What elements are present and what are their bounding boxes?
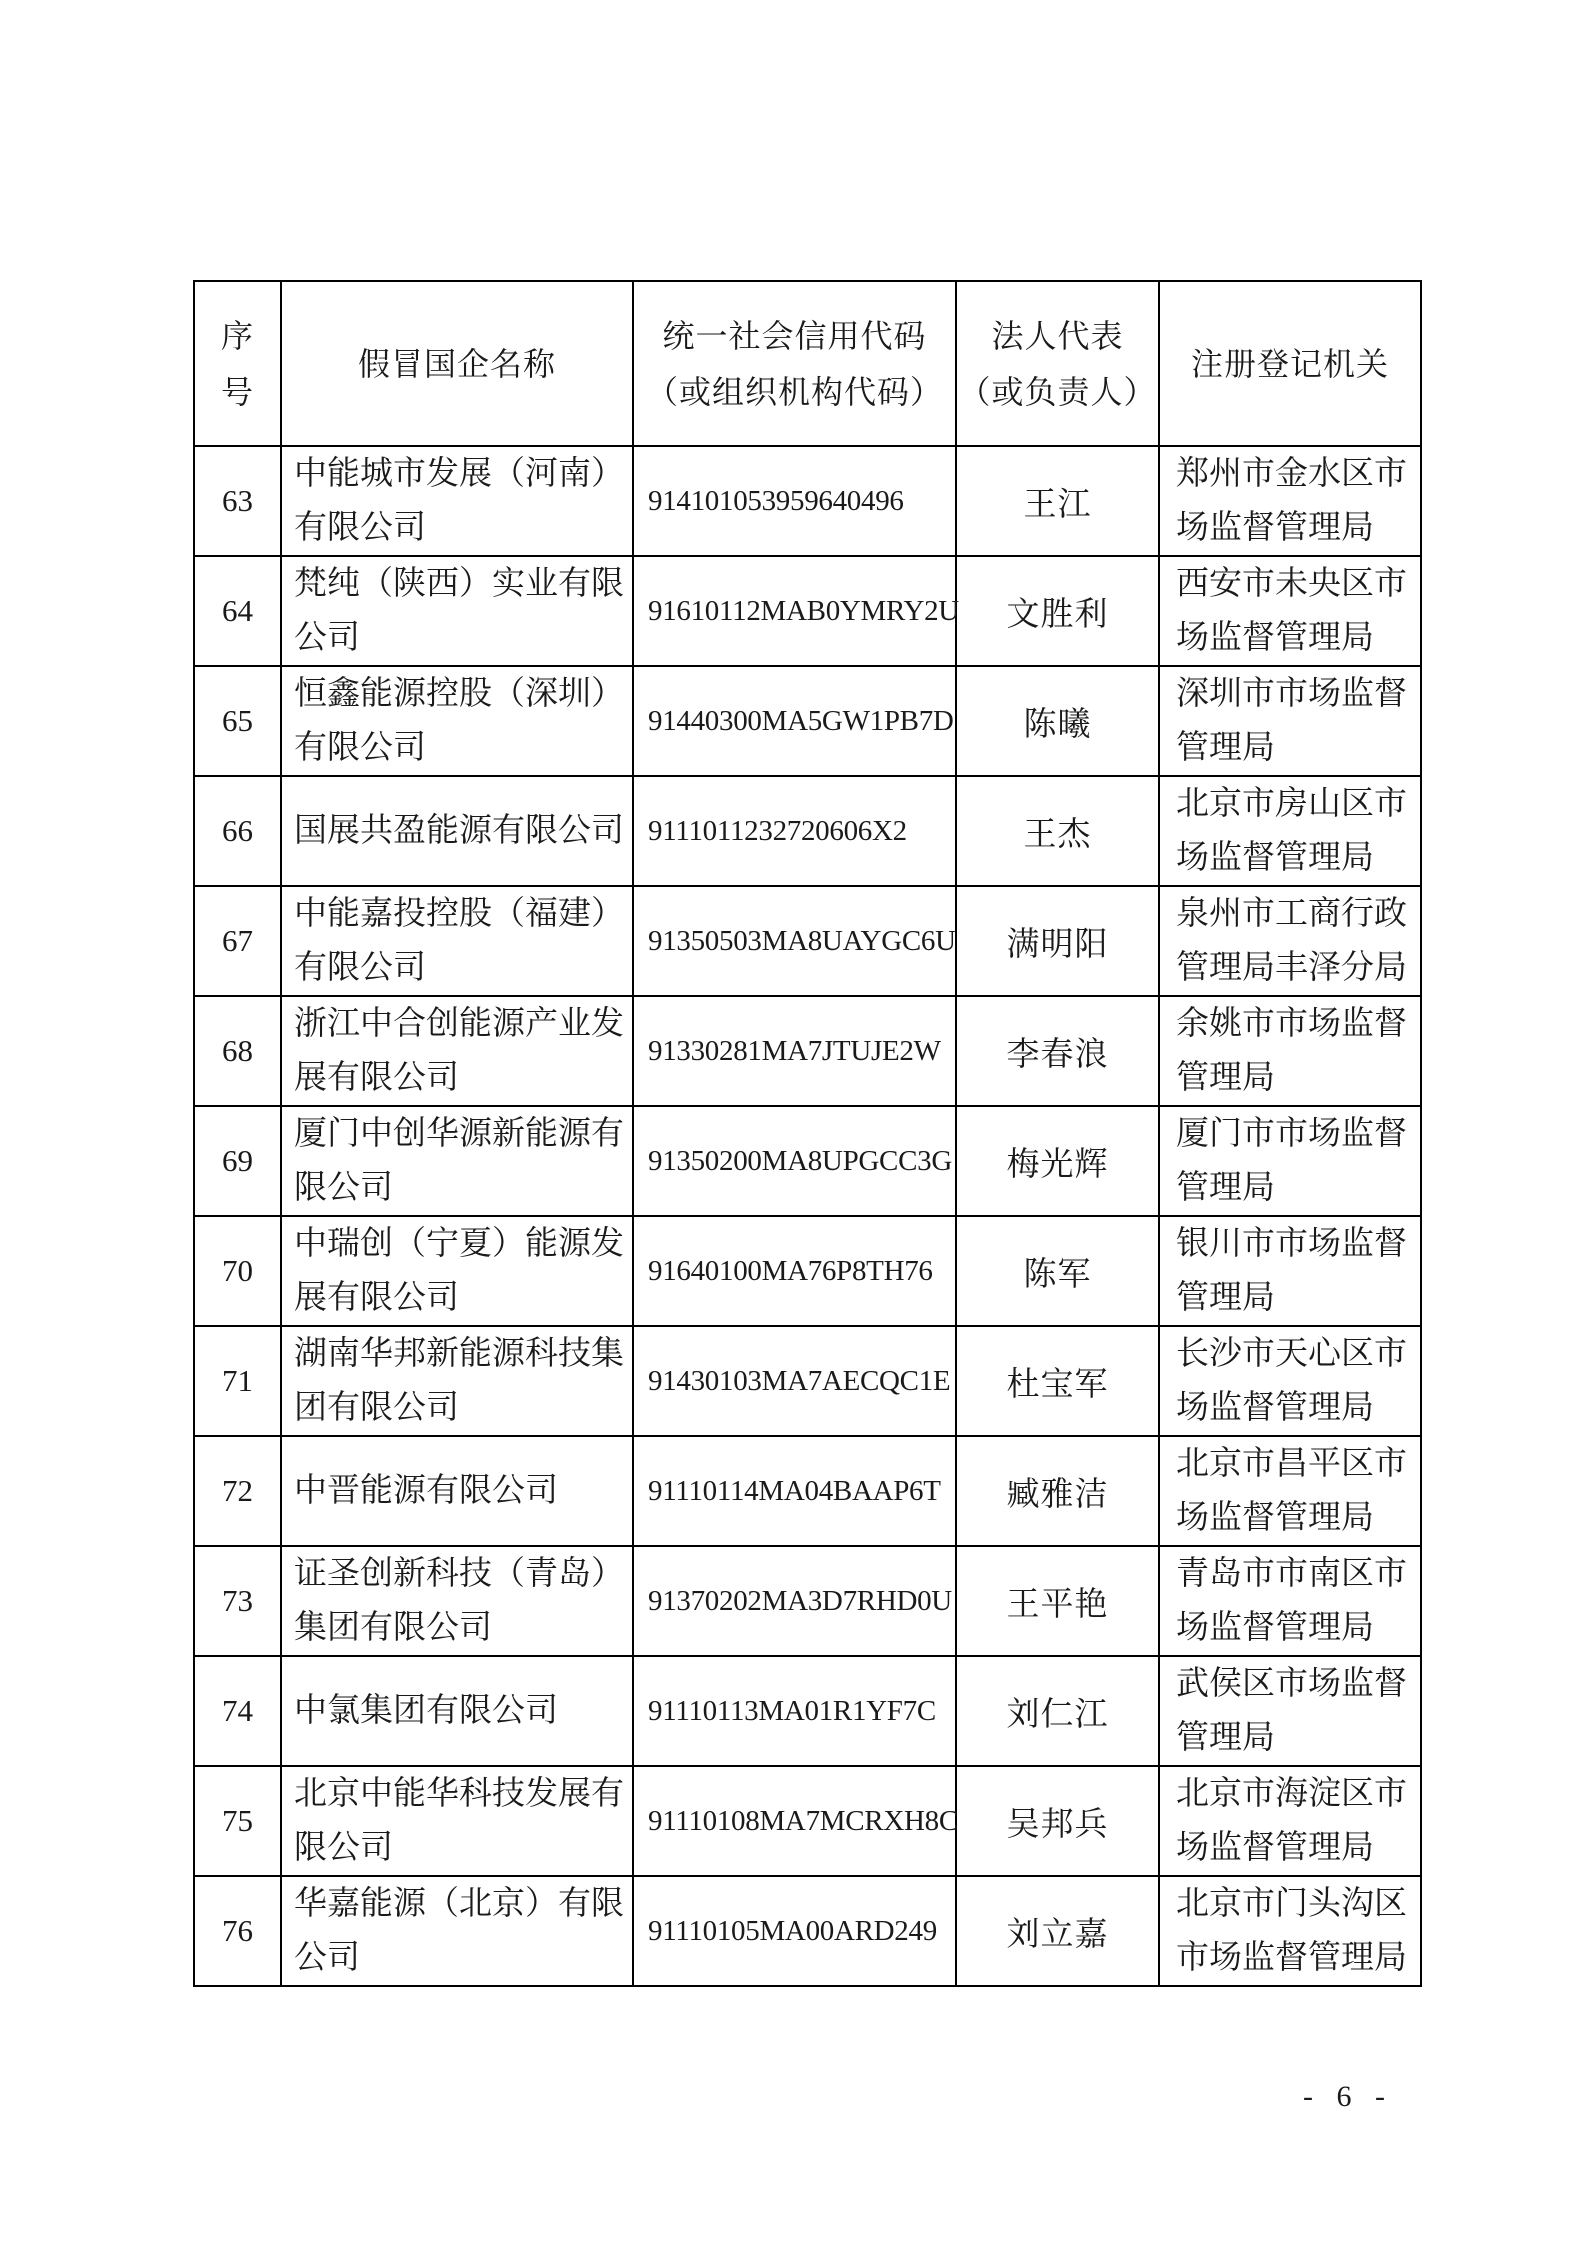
cell-authority: 银川市市场监督管理局 (1159, 1216, 1421, 1326)
cell-no: 65 (194, 666, 281, 776)
table-row: 70中瑞创（宁夏）能源发展有限公司91640100MA76P8TH76陈军银川市… (194, 1216, 1421, 1326)
cell-authority: 深圳市市场监督管理局 (1159, 666, 1421, 776)
cell-rep: 文胜利 (956, 556, 1159, 666)
header-rep-line1: 法人代表 (957, 308, 1158, 364)
cell-rep: 梅光辉 (956, 1106, 1159, 1216)
cell-authority: 西安市未央区市场监督管理局 (1159, 556, 1421, 666)
header-name: 假冒国企名称 (281, 281, 633, 446)
cell-no: 72 (194, 1436, 281, 1546)
cell-authority: 青岛市市南区市场监督管理局 (1159, 1546, 1421, 1656)
table-row: 75北京中能华科技发展有限公司91110108MA7MCRXH8C吴邦兵北京市海… (194, 1766, 1421, 1876)
header-no-label: 序号 (219, 308, 256, 420)
cell-name: 中瑞创（宁夏）能源发展有限公司 (281, 1216, 633, 1326)
cell-authority: 厦门市市场监督管理局 (1159, 1106, 1421, 1216)
fake-soe-registry-table: 序号 假冒国企名称 统一社会信用代码 （或组织机构代码） 法人代表 （或负责人）… (193, 280, 1422, 1987)
cell-code: 91110113MA01R1YF7C (633, 1656, 956, 1766)
header-code: 统一社会信用代码 （或组织机构代码） (633, 281, 956, 446)
cell-code: 91370202MA3D7RHD0U (633, 1546, 956, 1656)
table-row: 73证圣创新科技（青岛）集团有限公司91370202MA3D7RHD0U王平艳青… (194, 1546, 1421, 1656)
cell-code: 91640100MA76P8TH76 (633, 1216, 956, 1326)
document-page: 序号 假冒国企名称 统一社会信用代码 （或组织机构代码） 法人代表 （或负责人）… (0, 0, 1587, 2245)
cell-name: 华嘉能源（北京）有限公司 (281, 1876, 633, 1986)
cell-rep: 陈曦 (956, 666, 1159, 776)
table-row: 64梵纯（陕西）实业有限公司91610112MAB0YMRY2U文胜利西安市未央… (194, 556, 1421, 666)
cell-no: 66 (194, 776, 281, 886)
cell-code: 91110105MA00ARD249 (633, 1876, 956, 1986)
cell-code: 914101053959640496 (633, 446, 956, 556)
cell-name: 中能城市发展（河南）有限公司 (281, 446, 633, 556)
table-row: 68浙江中合创能源产业发展有限公司91330281MA7JTUJE2W李春浪余姚… (194, 996, 1421, 1106)
cell-name: 中晋能源有限公司 (281, 1436, 633, 1546)
cell-code: 91430103MA7AECQC1E (633, 1326, 956, 1436)
cell-rep: 王平艳 (956, 1546, 1159, 1656)
cell-rep: 刘立嘉 (956, 1876, 1159, 1986)
header-rep: 法人代表 （或负责人） (956, 281, 1159, 446)
cell-code: 91110108MA7MCRXH8C (633, 1766, 956, 1876)
cell-rep: 吴邦兵 (956, 1766, 1159, 1876)
cell-rep: 陈军 (956, 1216, 1159, 1326)
cell-authority: 北京市海淀区市场监督管理局 (1159, 1766, 1421, 1876)
table-row: 76华嘉能源（北京）有限公司91110105MA00ARD249刘立嘉北京市门头… (194, 1876, 1421, 1986)
cell-code: 91350503MA8UAYGC6U (633, 886, 956, 996)
cell-code: 91350200MA8UPGCC3G (633, 1106, 956, 1216)
cell-code: 91110114MA04BAAP6T (633, 1436, 956, 1546)
cell-code: 91330281MA7JTUJE2W (633, 996, 956, 1106)
cell-name: 国展共盈能源有限公司 (281, 776, 633, 886)
cell-no: 73 (194, 1546, 281, 1656)
cell-authority: 北京市门头沟区市场监督管理局 (1159, 1876, 1421, 1986)
cell-no: 67 (194, 886, 281, 996)
cell-authority: 泉州市工商行政管理局丰泽分局 (1159, 886, 1421, 996)
cell-rep: 臧雅洁 (956, 1436, 1159, 1546)
header-code-line2: （或组织机构代码） (634, 364, 955, 420)
cell-authority: 武侯区市场监督管理局 (1159, 1656, 1421, 1766)
cell-no: 71 (194, 1326, 281, 1436)
header-rep-line2: （或负责人） (957, 364, 1158, 420)
table-row: 66国展共盈能源有限公司9111011232720606X2王杰北京市房山区市场… (194, 776, 1421, 886)
cell-rep: 王江 (956, 446, 1159, 556)
table-row: 65恒鑫能源控股（深圳）有限公司91440300MA5GW1PB7D陈曦深圳市市… (194, 666, 1421, 776)
cell-name: 北京中能华科技发展有限公司 (281, 1766, 633, 1876)
page-number: - 6 - (1303, 2080, 1393, 2114)
cell-no: 69 (194, 1106, 281, 1216)
cell-name: 厦门中创华源新能源有限公司 (281, 1106, 633, 1216)
table-row: 72中晋能源有限公司91110114MA04BAAP6T臧雅洁北京市昌平区市场监… (194, 1436, 1421, 1546)
header-row: 序号 假冒国企名称 统一社会信用代码 （或组织机构代码） 法人代表 （或负责人）… (194, 281, 1421, 446)
header-name-label: 假冒国企名称 (282, 336, 632, 392)
table-row: 63中能城市发展（河南）有限公司914101053959640496王江郑州市金… (194, 446, 1421, 556)
cell-rep: 满明阳 (956, 886, 1159, 996)
cell-name: 中能嘉投控股（福建）有限公司 (281, 886, 633, 996)
header-authority-label: 注册登记机关 (1160, 336, 1420, 392)
cell-authority: 北京市昌平区市场监督管理局 (1159, 1436, 1421, 1546)
cell-name: 证圣创新科技（青岛）集团有限公司 (281, 1546, 633, 1656)
cell-rep: 王杰 (956, 776, 1159, 886)
cell-rep: 杜宝军 (956, 1326, 1159, 1436)
cell-authority: 长沙市天心区市场监督管理局 (1159, 1326, 1421, 1436)
cell-authority: 余姚市市场监督管理局 (1159, 996, 1421, 1106)
table-row: 67中能嘉投控股（福建）有限公司91350503MA8UAYGC6U满明阳泉州市… (194, 886, 1421, 996)
cell-rep: 刘仁江 (956, 1656, 1159, 1766)
cell-no: 70 (194, 1216, 281, 1326)
cell-code: 91610112MAB0YMRY2U (633, 556, 956, 666)
table-row: 71湖南华邦新能源科技集团有限公司91430103MA7AECQC1E杜宝军长沙… (194, 1326, 1421, 1436)
table-row: 69厦门中创华源新能源有限公司91350200MA8UPGCC3G梅光辉厦门市市… (194, 1106, 1421, 1216)
cell-no: 63 (194, 446, 281, 556)
cell-no: 74 (194, 1656, 281, 1766)
cell-rep: 李春浪 (956, 996, 1159, 1106)
cell-name: 梵纯（陕西）实业有限公司 (281, 556, 633, 666)
header-no: 序号 (194, 281, 281, 446)
cell-authority: 北京市房山区市场监督管理局 (1159, 776, 1421, 886)
cell-no: 68 (194, 996, 281, 1106)
cell-name: 恒鑫能源控股（深圳）有限公司 (281, 666, 633, 776)
cell-code: 91440300MA5GW1PB7D (633, 666, 956, 776)
cell-authority: 郑州市金水区市场监督管理局 (1159, 446, 1421, 556)
cell-name: 浙江中合创能源产业发展有限公司 (281, 996, 633, 1106)
table-body: 63中能城市发展（河南）有限公司914101053959640496王江郑州市金… (194, 446, 1421, 1986)
cell-no: 76 (194, 1876, 281, 1986)
header-authority: 注册登记机关 (1159, 281, 1421, 446)
cell-name: 中氯集团有限公司 (281, 1656, 633, 1766)
cell-no: 75 (194, 1766, 281, 1876)
table-row: 74中氯集团有限公司91110113MA01R1YF7C刘仁江武侯区市场监督管理… (194, 1656, 1421, 1766)
cell-name: 湖南华邦新能源科技集团有限公司 (281, 1326, 633, 1436)
cell-code: 9111011232720606X2 (633, 776, 956, 886)
header-code-line1: 统一社会信用代码 (634, 308, 955, 364)
cell-no: 64 (194, 556, 281, 666)
